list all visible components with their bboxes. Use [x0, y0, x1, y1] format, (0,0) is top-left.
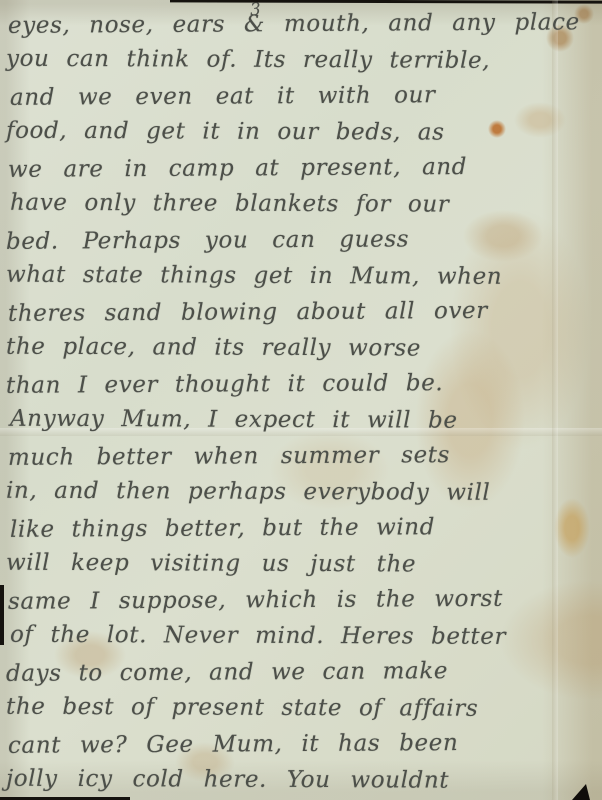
scan-edge-left — [0, 585, 4, 645]
handwriting-line: jolly icy cold here. You wouldnt — [6, 761, 602, 800]
handwriting-line: bed. Perhaps you can guess — [6, 220, 602, 260]
handwriting-line: theres sand blowing about all over — [8, 292, 602, 332]
handwriting-line: the place, and its really worse — [6, 329, 602, 368]
handwriting-line: will keep visiting us just the — [6, 545, 602, 584]
handwriting-line: days to come, and we can make — [6, 652, 602, 692]
letter-page-scan: 3 eyes, nose, ears & mouth, and any plac… — [0, 0, 602, 800]
handwriting-line: same I suppose, which is the worst — [8, 580, 602, 620]
handwriting-line: food, and get it in our beds, as — [6, 113, 602, 152]
handwriting-line: like things better, but the wind — [10, 508, 602, 548]
handwriting-line: have only three blankets for our — [10, 185, 602, 224]
handwriting-line: of the lot. Never mind. Heres better — [10, 617, 602, 656]
handwriting-line: we are in camp at present, and — [8, 148, 602, 188]
handwriting-line: much better when summer sets — [8, 436, 602, 476]
handwriting-line: and we even eat it with our — [10, 76, 602, 116]
letter-body: eyes, nose, ears & mouth, and any place … — [6, 6, 602, 798]
handwriting-line: you can think of. Its really terrible, — [6, 41, 602, 80]
handwriting-line: cant we? Gee Mum, it has been — [8, 724, 602, 764]
handwriting-line: Anyway Mum, I expect it will be — [10, 401, 602, 440]
handwriting-line: in, and then perhaps everybody will — [6, 473, 602, 512]
handwriting-line: what state things get in Mum, when — [6, 257, 602, 296]
handwriting-line: eyes, nose, ears & mouth, and any place — [8, 4, 602, 44]
handwriting-line: the best of present state of affairs — [6, 689, 602, 728]
scan-edge-top — [170, 0, 602, 4]
handwriting-line: than I ever thought it could be. — [6, 364, 602, 404]
